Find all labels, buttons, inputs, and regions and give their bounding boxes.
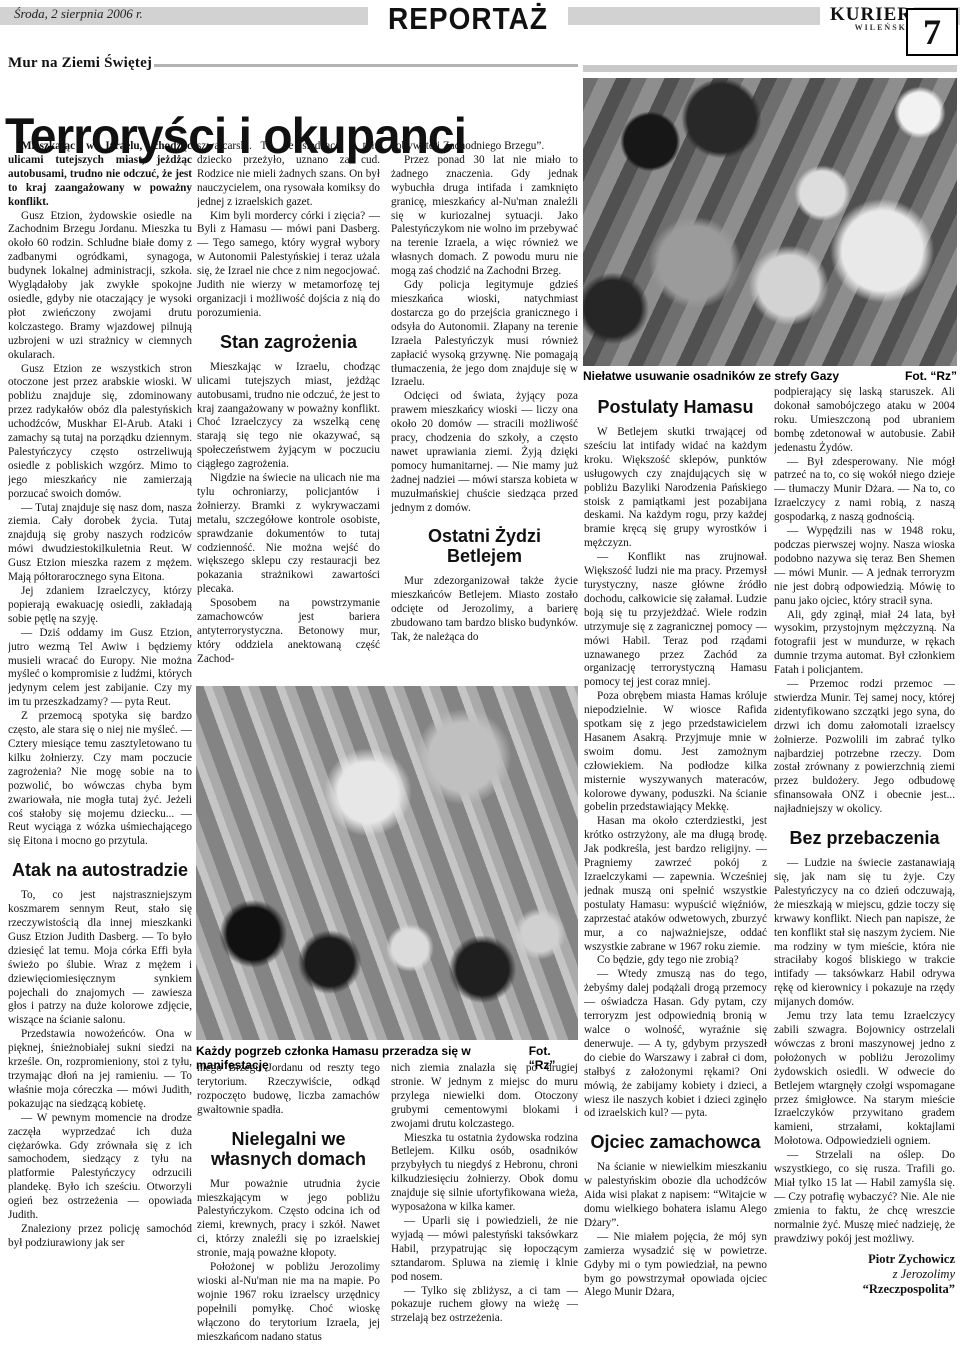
newspaper-page: Środa, 2 sierpnia 2006 r. REPORTAŻ KURIE… — [0, 0, 960, 1345]
paragraph: Na ścianie w niewielkim mieszkaniu w pal… — [584, 1161, 767, 1231]
paragraph: — Wypędzili nas w 1948 roku, podczas pie… — [774, 525, 955, 608]
text-column-4: Postulaty HamasuW Betlejem skutki trwają… — [584, 386, 767, 1344]
paragraph: Jej zdaniem Izraelczycy, którzy popieraj… — [8, 585, 192, 627]
paragraph: W Betlejem skutki trwającej od sześciu l… — [584, 426, 767, 551]
kicker: Mur na Ziemi Świętej — [8, 55, 152, 72]
text-column-5: podpierający się laską staruszek. Ali do… — [774, 386, 955, 1344]
header-date: Środa, 2 sierpnia 2006 r. — [14, 6, 143, 22]
paragraph: Mur zdezorganizował także życie mieszkań… — [391, 575, 578, 645]
paragraph: niego Brzegu Jordanu od reszty tego tery… — [197, 1062, 380, 1118]
paragraph: — Ludzie na świecie zastanawiają się, ja… — [774, 857, 955, 1010]
paragraph: To, co jest najstraszniejszym koszmarem … — [8, 889, 192, 1028]
subheading: Atak na autostradzie — [8, 860, 192, 880]
subheading: Bez przebaczenia — [774, 828, 955, 848]
header-rule-right — [583, 65, 957, 72]
text-column-5-body: podpierający się laską staruszek. Ali do… — [774, 386, 955, 1246]
paragraph: Z przemocą spotyka się bardzo często, al… — [8, 710, 192, 849]
paragraph: — W pewnym momencie na drodze zaczęła wy… — [8, 1112, 192, 1223]
byline-source: “Rzeczpospolita” — [774, 1282, 955, 1297]
paragraph: — Wtedy zmuszą nas do tego, żebyśmy dale… — [584, 968, 767, 1121]
paragraph: Mieszkając w Izraelu, chodząc ulicami tu… — [8, 140, 192, 210]
subheading: Ostatni Żydzi Betlejem — [391, 526, 578, 566]
kicker-rule — [154, 64, 578, 67]
masthead-logo: KURIER WILEŃSKI — [820, 4, 914, 34]
paragraph: szwajcarski. To, że siedzące z tyłu dzie… — [197, 140, 380, 210]
paragraph: Mur poważnie utrudnia życie mieszkającym… — [197, 1178, 380, 1261]
masthead-name: KURIER — [826, 6, 912, 24]
paragraph: Co będzie, gdy tego nie zrobią? — [584, 954, 767, 968]
photo-caption: Niełatwe usuwanie osadników ze strefy Ga… — [583, 369, 839, 383]
paragraph: Położonej w pobliżu Jerozolimy wioski al… — [197, 1261, 380, 1344]
photo-hamas-funeral — [196, 686, 578, 1040]
paragraph: podpierający się laską staruszek. Ali do… — [774, 386, 955, 456]
page-number: 7 — [923, 11, 941, 53]
paragraph: Gdy policja legitymuje gdzieś mieszkańca… — [391, 279, 578, 390]
paragraph: Mieszkając w Izraelu, chodząc ulicami tu… — [197, 361, 380, 472]
paragraph: nich ziemia znalazła się po drugiej stro… — [391, 1062, 578, 1132]
paragraph: Nigdzie na świecie na ulicach nie ma tyl… — [197, 472, 380, 597]
paragraph: Hasan ma około czterdziestki, jest krótk… — [584, 815, 767, 954]
subheading: Nielegalni we własnych domach — [197, 1129, 380, 1169]
paragraph: Poza obrębem miasta Hamas króluje niepod… — [584, 690, 767, 815]
subheading: Ojciec zamachowca — [584, 1132, 767, 1152]
text-column-1: Mieszkając w Izraelu, chodząc ulicami tu… — [8, 140, 192, 1345]
paragraph: — Dziś oddamy im Gusz Etzion, jutro wezm… — [8, 627, 192, 710]
paragraph: — Strzelali na oślep. Do wszystkiego, co… — [774, 1149, 955, 1246]
paragraph: — Tylko się zbliżysz, a ci tam — pokazuj… — [391, 1285, 578, 1327]
paragraph: Odcięci od świata, żyjący poza prawem mi… — [391, 390, 578, 515]
paragraph: Kim byli mordercy córki i zięcia? — Byli… — [197, 210, 380, 321]
paragraph: — Przemoc rodzi przemoc — stwierdza Muni… — [774, 678, 955, 817]
paragraph: Ali, gdy zginął, miał 24 lata, był wysok… — [774, 609, 955, 679]
paragraph: Przez ponad 30 lat nie miało to żadnego … — [391, 154, 578, 279]
paragraph: Mieszka tu ostatnia żydowska rodzina Bet… — [391, 1132, 578, 1215]
paragraph: Przedstawia nowożeńców. Ona w pięknej, ś… — [8, 1028, 192, 1111]
paragraph: Gusz Etzion, żydowskie osiedle na Zachod… — [8, 210, 192, 363]
photo-credit: Fot. “Rz” — [905, 369, 957, 383]
page-number-box: 7 — [906, 8, 958, 56]
paragraph: Znaleziony przez policję samochód był po… — [8, 1223, 192, 1251]
paragraph: — Tutaj znajduje się nasz dom, nasza zie… — [8, 502, 192, 585]
paragraph: — Był zdesperowany. Nie mógł patrzeć na … — [774, 456, 955, 526]
paragraph: — Nie miałem pojęcia, że mój syn zamierz… — [584, 1231, 767, 1301]
paragraph: — Uparli się i powiedzieli, że nie wyjad… — [391, 1215, 578, 1285]
byline-author: Piotr Zychowicz — [774, 1252, 955, 1267]
masthead-subname: WILEŃSKI — [826, 24, 912, 32]
paragraph: Jemu trzy lata temu Izraelczycy zabili s… — [774, 1010, 955, 1149]
subheading: Postulaty Hamasu — [584, 397, 767, 417]
paragraph: Gusz Etzion ze wszystkich stron otoczone… — [8, 363, 192, 502]
subheading: Stan zagrożenia — [197, 332, 380, 352]
byline: Piotr Zychowicz z Jerozolimy “Rzeczpospo… — [774, 1252, 955, 1297]
text-column-3-top: “obywateli Zachodniego Brzegu”.Przez pon… — [391, 140, 578, 687]
text-column-3-bottom: nich ziemia znalazła się po drugiej stro… — [391, 1062, 578, 1344]
text-column-2-bottom: niego Brzegu Jordanu od reszty tego tery… — [197, 1062, 380, 1344]
photo-gaza-settlers-removal — [583, 78, 957, 366]
section-title: REPORTAŻ — [368, 0, 568, 41]
paragraph: “obywateli Zachodniego Brzegu”. — [391, 140, 578, 154]
paragraph: — Konflikt nas zrujnował. Większość ludz… — [584, 551, 767, 690]
byline-location: z Jerozolimy — [774, 1267, 955, 1282]
photo-caption-row: Niełatwe usuwanie osadników ze strefy Ga… — [583, 369, 957, 383]
text-column-2-top: szwajcarski. To, że siedzące z tyłu dzie… — [197, 140, 380, 687]
paragraph: Sposobem na powstrzymanie zamachowców je… — [197, 597, 380, 667]
